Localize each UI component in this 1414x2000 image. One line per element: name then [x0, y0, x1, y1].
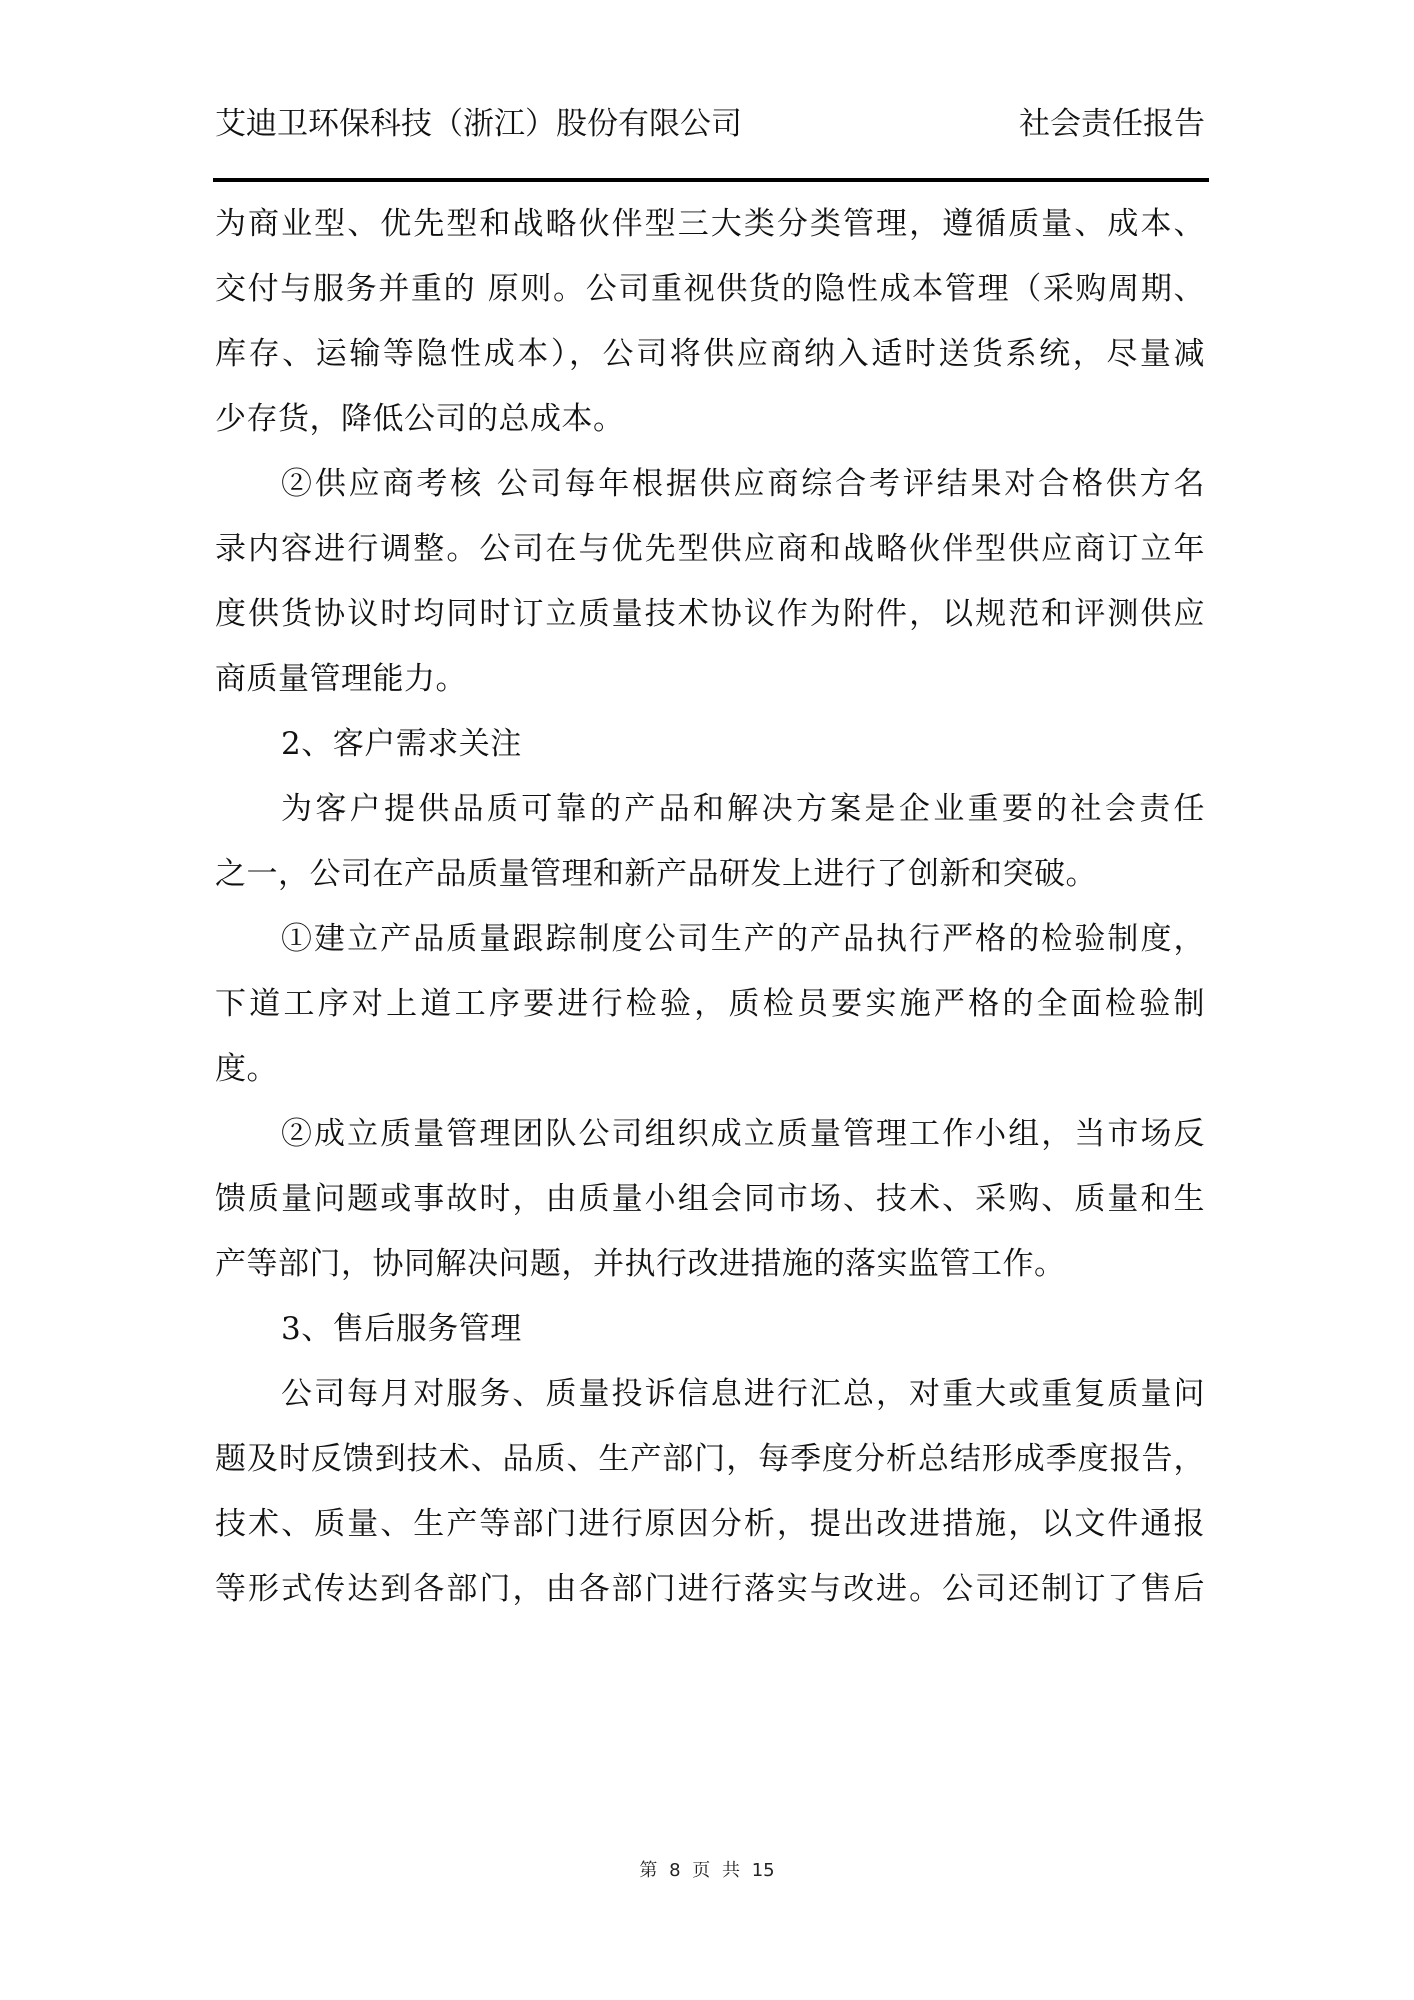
header-divider	[213, 178, 1209, 182]
text-line: 度。	[215, 1037, 1205, 1102]
text-line: 库存、运输等隐性成本），公司将供应商纳入适时送货系统，尽量减	[215, 322, 1205, 387]
text-line: ①建立产品质量跟踪制度公司生产的产品执行严格的检验制度，	[215, 907, 1205, 972]
body-text: 为商业型、优先型和战略伙伴型三大类分类管理，遵循质量、成本、 交付与服务并重的 …	[215, 192, 1205, 1622]
text-line: 度供货协议时均同时订立质量技术协议作为附件，以规范和评测供应	[215, 582, 1205, 647]
page-number: 第 8 页 共 15	[0, 1856, 1414, 1882]
text-line: 交付与服务并重的 原则。公司重视供货的隐性成本管理（采购周期、	[215, 257, 1205, 322]
text-line: 为客户提供品质可靠的产品和解决方案是企业重要的社会责任	[215, 777, 1205, 842]
report-title: 社会责任报告	[1019, 102, 1205, 146]
text-line: 题及时反馈到技术、品质、生产部门，每季度分析总结形成季度报告，	[215, 1427, 1205, 1492]
section-heading: 2、客户需求关注	[215, 712, 1205, 777]
text-line: ②成立质量管理团队公司组织成立质量管理工作小组，当市场反	[215, 1102, 1205, 1167]
text-line: 馈质量问题或事故时，由质量小组会同市场、技术、采购、质量和生	[215, 1167, 1205, 1232]
text-line: 公司每月对服务、质量投诉信息进行汇总，对重大或重复质量问	[215, 1362, 1205, 1427]
text-line: 下道工序对上道工序要进行检验，质检员要实施严格的全面检验制	[215, 972, 1205, 1037]
text-line: 产等部门，协同解决问题，并执行改进措施的落实监管工作。	[215, 1232, 1205, 1297]
text-line: 录内容进行调整。公司在与优先型供应商和战略伙伴型供应商订立年	[215, 517, 1205, 582]
page-header: 艾迪卫环保科技（浙江）股份有限公司 社会责任报告	[215, 102, 1205, 146]
text-line: ②供应商考核 公司每年根据供应商综合考评结果对合格供方名	[215, 452, 1205, 517]
section-heading: 3、售后服务管理	[215, 1297, 1205, 1362]
text-line: 为商业型、优先型和战略伙伴型三大类分类管理，遵循质量、成本、	[215, 192, 1205, 257]
text-line: 等形式传达到各部门，由各部门进行落实与改进。公司还制订了售后	[215, 1557, 1205, 1622]
text-line: 少存货，降低公司的总成本。	[215, 387, 1205, 452]
text-line: 技术、质量、生产等部门进行原因分析，提出改进措施，以文件通报	[215, 1492, 1205, 1557]
text-line: 之一，公司在产品质量管理和新产品研发上进行了创新和突破。	[215, 842, 1205, 907]
company-name: 艾迪卫环保科技（浙江）股份有限公司	[215, 102, 742, 146]
text-line: 商质量管理能力。	[215, 647, 1205, 712]
